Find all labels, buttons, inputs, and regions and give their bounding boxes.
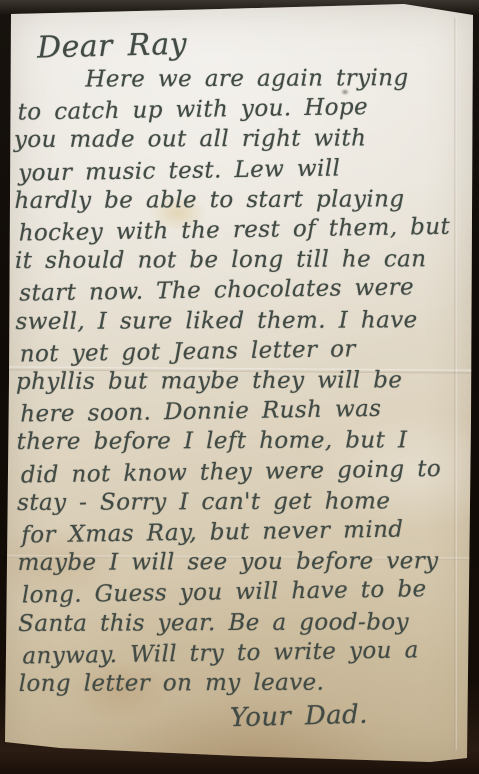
letter-line: not yet got Jeans letter or — [20, 332, 474, 369]
photo-background: Dear Ray Here we are again trying to cat… — [0, 0, 479, 774]
salutation: Dear Ray — [37, 16, 472, 69]
letter-line: swell, I sure liked them. I have — [15, 305, 473, 337]
letter-line: long letter on my leave. — [19, 667, 477, 699]
letter-text: Dear Ray Here we are again trying to cat… — [9, 20, 477, 736]
letter-line: phyllis but maybe they will be — [16, 365, 474, 397]
letter-line: hardly be able to start playing — [14, 184, 472, 216]
letter-line: long. Guess you will have to be — [22, 574, 476, 611]
letter-line: start now. The chocolates were — [19, 272, 473, 309]
letter-line: there before I left home, but I — [16, 425, 474, 457]
letter-line: stay - Sorry I can't get home — [17, 486, 475, 518]
letter-line: hockey with the rest of them, but — [18, 211, 472, 248]
signature: Your Dad. — [230, 694, 478, 736]
letter-line: for Xmas Ray, but never mind — [21, 513, 475, 550]
letter-line: your music test. Lew will — [18, 151, 472, 188]
letter-line: Santa this year. Be a good-boy — [18, 607, 476, 639]
letter-line: did not know they were going to — [21, 453, 475, 490]
letter-paper: Dear Ray Here we are again trying to cat… — [0, 0, 479, 774]
letter-line: anyway. Will try to write you a — [22, 634, 476, 671]
letter-line: you made out all right with — [14, 123, 472, 155]
letter-line: Here we are again trying — [85, 63, 471, 95]
